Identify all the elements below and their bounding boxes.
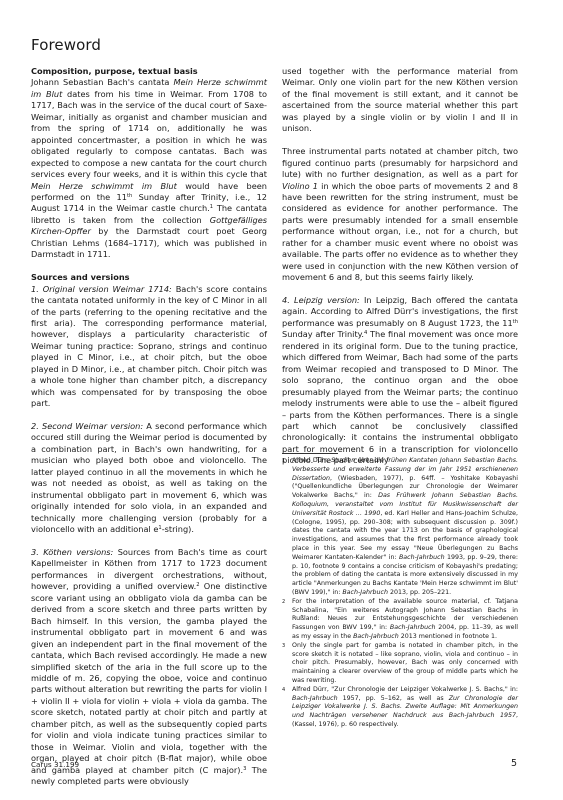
paragraph-version-3: 3. Köthen versions: Sources from Bach's … — [31, 547, 267, 788]
text: A second performance which occured still… — [31, 421, 267, 534]
text: Bach's score contains the cantata notate… — [31, 284, 267, 409]
text: 2013 mentioned in footnote 1. — [399, 633, 497, 640]
ordinal-sup: th — [513, 319, 518, 325]
footnote-number: 2 — [282, 598, 285, 606]
footnote-4: 4Alfred Dürr, "Zur Chronologie der Leipz… — [282, 686, 518, 730]
citation-title: Bach-Jahrbuch — [353, 633, 399, 640]
text: Only the single part for gamba is notate… — [292, 642, 518, 684]
part-name: Violino 1 — [282, 181, 318, 191]
footnote-number: 1 — [282, 457, 285, 465]
text: Alfred Dürr, "Zur Chronologie der Leipzi… — [292, 686, 518, 693]
citation-title: Bach-Jahrbuch — [390, 624, 436, 631]
text: Alfred Dürr, — [292, 457, 331, 464]
cantata-title: Mein Herze schwimmt im Blut — [31, 181, 177, 191]
text: One distinctive score variant using an o… — [31, 581, 267, 774]
paragraph-version-4: 4. Leipzig version: In Leipzig, Bach off… — [282, 295, 518, 467]
version-label: 2. Second Weimar version: — [31, 421, 143, 431]
citation-title: Bach-Jahrbuch — [399, 554, 445, 561]
text: 1957, pp. 5–162, as well as — [338, 695, 449, 702]
text: Sunday after Trinity. — [282, 329, 364, 339]
paragraph-version-2: 2. Second Weimar version: A second perfo… — [31, 421, 267, 536]
footnote-2: 2For the interpretation of the available… — [282, 598, 518, 642]
version-label: 4. Leipzig version: — [282, 295, 360, 305]
footnote-number: 4 — [282, 686, 285, 694]
text: dates from his time in Weimar. From 1708… — [31, 89, 267, 179]
text: in which the oboe parts of movements 2 a… — [282, 181, 518, 283]
footnote-3: 3Only the single part for gamba is notat… — [282, 642, 518, 686]
footnote-number: 3 — [282, 642, 285, 650]
citation-title: Bach-Jahrbuch — [342, 589, 388, 596]
footnote-divider — [282, 453, 338, 454]
left-column: Composition, purpose, textual basis Joha… — [31, 66, 267, 799]
paragraph-continued: used together with the performance mater… — [282, 66, 518, 135]
footnote-1: 1Alfred Dürr, Studien über die frühen Ka… — [282, 457, 518, 598]
catalog-number: Carus 31.199 — [31, 760, 79, 769]
section-heading-composition: Composition, purpose, textual basis — [31, 66, 267, 77]
section-heading-sources: Sources and versions — [31, 272, 267, 283]
paragraph-version-1: 1. Original version Weimar 1714: Bach's … — [31, 284, 267, 410]
text: Johann Sebastian Bach's cantata — [31, 77, 173, 87]
paragraph-composition: Johann Sebastian Bach's cantata Mein Her… — [31, 77, 267, 260]
page-number: 5 — [511, 758, 517, 769]
footnotes: 1Alfred Dürr, Studien über die frühen Ka… — [282, 457, 518, 730]
text: The final movement was once more rendere… — [282, 329, 518, 465]
text: 2013, pp. 205–221. — [388, 589, 451, 596]
version-label: 3. Köthen versions: — [31, 547, 113, 557]
page-title: Foreword — [31, 36, 101, 54]
version-label: 1. Original version Weimar 1714: — [31, 284, 172, 294]
text: Three instrumental parts notated at cham… — [282, 146, 518, 179]
citation-title: Bach-Jahrbuch — [292, 695, 338, 702]
text: -string). — [162, 524, 194, 534]
paragraph-three-parts: Three instrumental parts notated at cham… — [282, 146, 518, 283]
right-column: used together with the performance mater… — [282, 66, 518, 478]
